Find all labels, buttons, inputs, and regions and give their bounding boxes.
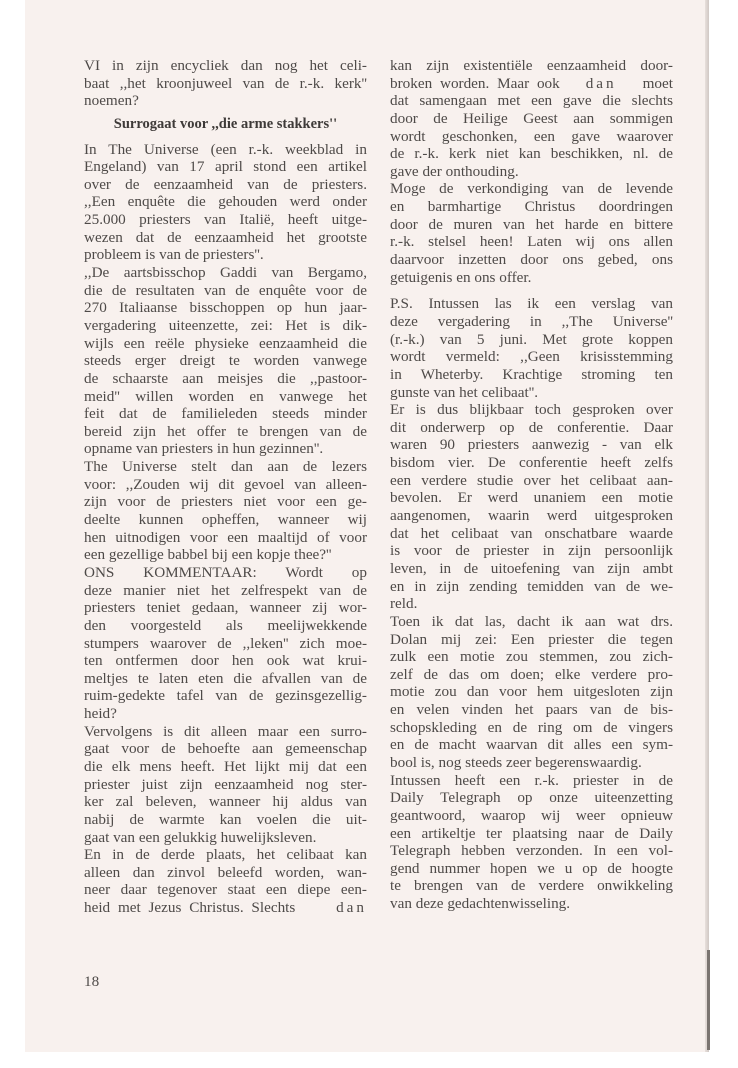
text-line: deze vergadering in ,,The Universe''	[390, 313, 673, 331]
text-line: gend nummer hopen we u op de hoogte	[390, 860, 673, 878]
text-line: neer daar tegenover staat een diepe een-	[84, 881, 367, 899]
text-line: zijn voor de priesters niet voor een ge-	[84, 493, 367, 511]
emphasis-text: dan	[336, 899, 367, 917]
text-line: ruim-gedekte tafel van de gezinsgezellig…	[84, 687, 367, 705]
page-edge	[705, 0, 709, 1052]
text-line: stumpers waarover de ,,leken'' zich moe-	[84, 635, 367, 653]
left-column: VI in zijn encycliek dan nog het celi- b…	[84, 57, 367, 917]
text-line: meltjes te laten eten die afvallen van d…	[84, 670, 367, 688]
text-line: gaat voor de behoefte aan gemeenschap	[84, 740, 367, 758]
text-fragment: moet	[643, 75, 673, 93]
text-line: Dolan mij zei: Een priester die tegen	[390, 631, 673, 649]
text-line: die elk mens heeft. Het lijkt mij dat ee…	[84, 758, 367, 776]
text-line: Toen ik dat las, dacht ik aan wat drs.	[390, 613, 673, 631]
emphasis-text: dan	[586, 75, 617, 93]
page-edge-shadow	[707, 950, 710, 1050]
text-line: The Universe stelt dan aan de lezers	[84, 458, 367, 476]
text-line: Daily Telegraph op onze uiteenzetting	[390, 789, 673, 807]
text-line: en velen vinden het paars van de bis-	[390, 701, 673, 719]
text-fragment: broken worden. Maar ook	[390, 75, 560, 93]
text-line: P.S. Intussen las ik een verslag van	[390, 295, 673, 313]
text-line: aangenomen, waarin werd uitgesproken	[390, 507, 673, 525]
text-line: een gezellige babbel bij een kopje thee?…	[84, 546, 367, 564]
text-line: opname van priesters in hun gezinnen''.	[84, 440, 367, 458]
text-line: noemen?	[84, 92, 367, 110]
text-line: de schaarste aan meisjes die ,,pastoor-	[84, 370, 367, 388]
text-line: VI in zijn encycliek dan nog het celi-	[84, 57, 367, 75]
text-line: in Wheterby. Krachtige stroming ten	[390, 366, 673, 384]
text-line: over de eenzaamheid van de priesters.	[84, 176, 367, 194]
text-line: zelf de das om doen; elke verdere pro-	[390, 666, 673, 684]
text-line: gaat van een gelukkig huwelijksleven.	[84, 829, 367, 847]
text-line: ONS KOMMENTAAR: Wordt op	[84, 564, 367, 582]
text-line: door de Heilige Geest aan sommigen	[390, 110, 673, 128]
text-line: motie zou dan voor hem uitgesloten zijn	[390, 683, 673, 701]
text-line: probleem is van de priesters''.	[84, 246, 367, 264]
text-fragment: heid met Jezus Christus. Slechts	[84, 899, 295, 917]
text-line: bisdom vier. De conferentie heeft zelfs	[390, 454, 673, 472]
text-line: bereid zijn het offer te brengen van de	[84, 423, 367, 441]
text-line: dat samengaan met een gave die slechts	[390, 92, 673, 110]
text-line: gave der onthouding.	[390, 163, 673, 181]
text-line: bool is, nog steeds zeer begerenswaardig…	[390, 754, 673, 772]
text-line: baat ,,het kroonjuweel van de r.-k. kerk…	[84, 75, 367, 93]
text-line: feit dat de familieleden steeds minder	[84, 405, 367, 423]
text-line: en in zijn zending temidden van de we-	[390, 578, 673, 596]
section-heading: Surrogaat voor ,,die arme stakkers''	[84, 116, 367, 134]
text-line: van deze gedachtenwisseling.	[390, 895, 673, 913]
text-line: den voorgesteld als meelijwekkende	[84, 617, 367, 635]
text-line: meid'' willen worden en vanwege het	[84, 388, 367, 406]
text-line: waren 90 priesters aanwezig - van elk	[390, 436, 673, 454]
text-line: en barmhartige Christus doordringen	[390, 198, 673, 216]
paragraph-gap	[390, 286, 673, 295]
text-line: ,,De aartsbisschop Gaddi van Bergamo,	[84, 264, 367, 282]
text-line: heid?	[84, 705, 367, 723]
text-line: Intussen heeft een r.-k. priester in de	[390, 772, 673, 790]
text-line: en de macht waarvan dit alles een sym-	[390, 736, 673, 754]
text-line: dit onderwerp op de conferentie. Daar	[390, 419, 673, 437]
right-column: kan zijn existentiële eenzaamheid door- …	[390, 57, 673, 913]
text-line: kan zijn existentiële eenzaamheid door-	[390, 57, 673, 75]
text-line: voor: ,,Zouden wij dit gevoel van alleen…	[84, 476, 367, 494]
text-line: priesters teniet gedaan, wanneer zij wor…	[84, 599, 367, 617]
text-line: ten ontfermen door hen ook wat krui-	[84, 652, 367, 670]
text-line: ker zal beleven, wanneer hij aldus van	[84, 793, 367, 811]
text-line: ,,Een enquête die gehouden werd onder	[84, 193, 367, 211]
text-line: r.-k. stelsel heen! Laten wij ons allen	[390, 233, 673, 251]
text-line: daarvoor inzetten door ons gebed, ons	[390, 251, 673, 269]
text-line: wezen dat de eenzaamheid het grootste	[84, 229, 367, 247]
text-line: steeds erger dreigt te worden vanwege	[84, 352, 367, 370]
text-line: geantwoord, waarop wij weer opnieuw	[390, 807, 673, 825]
text-line: een artikeltje ter plaatsing naar de Dai…	[390, 825, 673, 843]
text-line: Moge de verkondiging van de levende	[390, 180, 673, 198]
text-line: zulk een motie zou stemmen, zou zich-	[390, 648, 673, 666]
text-line: wordt vermeld: ,,Geen krisisstemming	[390, 348, 673, 366]
text-line: wijls een reële physieke eenzaamheid die	[84, 335, 367, 353]
text-line: 270 Italiaanse bisschoppen op hun jaar-	[84, 299, 367, 317]
text-line: te brengen van de verdere onwikkeling	[390, 877, 673, 895]
page-number: 18	[84, 973, 99, 991]
text-line: schopskleding en de ring om de vingers	[390, 719, 673, 737]
text-line: door de muren van het harde en bittere	[390, 216, 673, 234]
text-line: deelte kunnen opheffen, wanneer wij	[84, 511, 367, 529]
text-line: In The Universe (een r.-k. weekblad in	[84, 141, 367, 159]
text-line: leven, in de uitoefening van zijn ambt	[390, 560, 673, 578]
text-line: priester juist zijn eenzaamheid nog ster…	[84, 776, 367, 794]
text-line: bevolen. Er werd unaniem een motie	[390, 489, 673, 507]
text-line: Engeland) van 17 april stond een artikel	[84, 158, 367, 176]
text-line: Telegraph hebben verzonden. In een vol-	[390, 842, 673, 860]
text-line: is voor de priester in zijn persoonlijk	[390, 542, 673, 560]
text-line: dat het celibaat van onschatbare waarde	[390, 525, 673, 543]
text-line: deze manier niet het zelfrespekt van de	[84, 582, 367, 600]
text-line: alleen dan zinvol beleefd worden, wan-	[84, 864, 367, 882]
text-line: vergadering uiteenzette, zei: Het is dik…	[84, 317, 367, 335]
text-line: getuigenis en ons offer.	[390, 269, 673, 287]
text-line: (r.-k.) van 5 juni. Met grote koppen	[390, 331, 673, 349]
text-line: 25.000 priesters van Italië, heeft uitge…	[84, 211, 367, 229]
text-line: die de resultaten van de enquête voor de	[84, 282, 367, 300]
text-line: heid met Jezus Christus. Slechts dan	[84, 899, 367, 917]
text-line: de r.-k. kerk niet kan beschikken, nl. d…	[390, 145, 673, 163]
text-line: broken worden. Maar ook dan moet	[390, 75, 673, 93]
text-line: een verdere studie over het celibaat aan…	[390, 472, 673, 490]
text-line: reld.	[390, 595, 673, 613]
text-line: gunste van het celibaat''.	[390, 384, 673, 402]
text-line: hen uitnodigen voor een maaltijd of voor	[84, 529, 367, 547]
text-line: wordt geschonken, een gave waarover	[390, 128, 673, 146]
text-line: Er is dus blijkbaar toch gesproken over	[390, 401, 673, 419]
text-line: nabij de warmte kan voelen die uit-	[84, 811, 367, 829]
text-line: Vervolgens is dit alleen maar een surro-	[84, 723, 367, 741]
text-line: En in de derde plaats, het celibaat kan	[84, 846, 367, 864]
